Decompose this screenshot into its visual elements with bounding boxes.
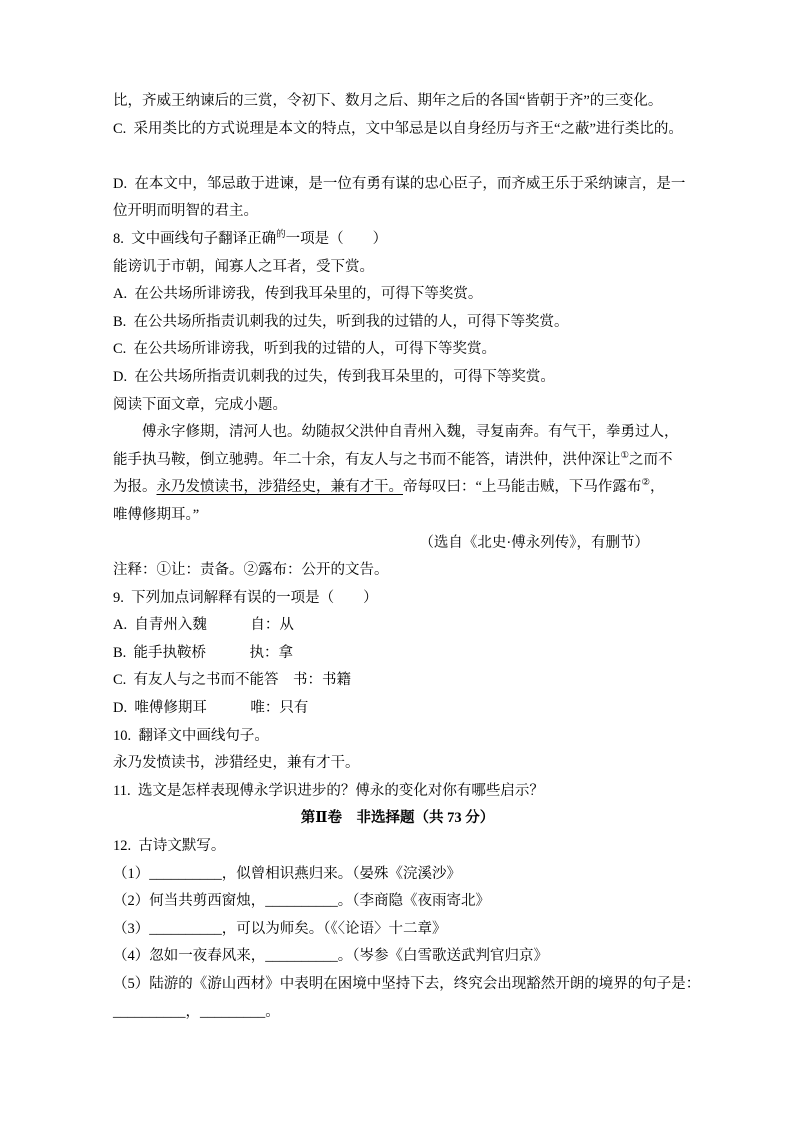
text-segment: 第Ⅱ卷 非选择题（共 73 分）: [301, 810, 494, 826]
q12-item-3: （3）__________，可以为师矣。（《〈论语〉十二章》: [113, 916, 682, 944]
question-10-stem: 10. 翻译文中画线句子。: [113, 723, 682, 751]
text-segment: A. 在公共场所诽谤我，传到我耳朵里的，可得下等奖赏。: [113, 286, 482, 302]
text-segment: 位开明而明智的君主。: [113, 203, 258, 219]
text-segment: 10. 翻译文中画线句子。: [113, 728, 269, 744]
text-segment: （1）__________，似曾相识燕归来。（晏殊《浣溪沙》: [113, 866, 461, 882]
option-b-continuation-line: 比，齐威王纳谏后的三赏，令初下、数月之后、期年之后的各国“皆朝于齐”的三变化。: [113, 88, 682, 116]
exam-page: 比，齐威王纳谏后的三赏，令初下、数月之后、期年之后的各国“皆朝于齐”的三变化。C…: [0, 0, 794, 1123]
passage-line-2: 能手执马鞍，倒立驰骋。年二十余，有友人与之书而不能答，请洪仲，洪仲深让①之而不: [113, 447, 682, 475]
question-12-stem: 12. 古诗文默写。: [113, 833, 682, 861]
text-segment: 9. 下列加点词解释有误的一项是（ ）: [113, 590, 378, 606]
blank-line: [113, 143, 682, 171]
text-segment: 注释：①让：责备。②露布：公开的文告。: [113, 562, 389, 578]
reading-instruction: 阅读下面文章，完成小题。: [113, 392, 682, 420]
q10-target-sentence: 永乃发愤读书，涉猎经史，兼有才干。: [113, 750, 682, 778]
q8-source-sentence: 能谤讥于市朝，闻寡人之耳者，受下赏。: [113, 254, 682, 282]
text-segment: D. 在本文中，邹忌敢于进谏，是一位有勇有谋的忠心臣子，而齐威王乐于采纳谏言，是…: [113, 176, 685, 192]
question-8-stem: 8. 文中画线句子翻译正确的一项是（ ）: [113, 226, 682, 254]
text-segment: 阅读下面文章，完成小题。: [113, 397, 287, 413]
text-segment: （3）__________，可以为师矣。（《〈论语〉十二章》: [113, 921, 447, 937]
text-segment: B. 能手执鞍桥 执：拿: [113, 645, 293, 661]
text-segment: 12. 古诗文默写。: [113, 838, 225, 854]
q8-option-c: C. 在公共场所诽谤我，听到我的过错的人，可得下等奖赏。: [113, 336, 682, 364]
option-d-line-1: D. 在本文中，邹忌敢于进谏，是一位有勇有谋的忠心臣子，而齐威王乐于采纳谏言，是…: [113, 171, 682, 199]
text-segment: C. 在公共场所诽谤我，听到我的过错的人，可得下等奖赏。: [113, 341, 496, 357]
text-segment: 能手执马鞍，倒立驰骋。年二十余，有友人与之书而不能答，请洪仲，洪仲深让: [113, 452, 621, 468]
text-segment: （4）忽如一夜春风来，__________。（岑参《白雪歌送武判官归京》: [113, 948, 548, 964]
text-segment: D. 在公共场所指责讥刺我的过失，传到我耳朵里的，可得下等奖赏。: [113, 369, 555, 385]
note-ref-2: ②: [641, 478, 650, 488]
q9-option-c: C. 有友人与之书而不能答 书：书籍: [113, 667, 682, 695]
question-9-stem: 9. 下列加点词解释有误的一项是（ ）: [113, 585, 682, 613]
text-segment: （选自《北史·傅永列传》，有删节）: [419, 535, 649, 551]
q12-item-5: （5）陆游的《游山西材》中表明在困境中坚持下去，终究会出现豁然开朗的境界的句子是…: [113, 971, 682, 999]
text-segment: ，: [650, 479, 665, 495]
passage-notes: 注释：①让：责备。②露布：公开的文告。: [113, 557, 682, 585]
text-segment: C. 采用类比的方式说理是本文的特点，文中邹忌是以自身经历与齐王“之蔽”进行类比…: [113, 121, 683, 137]
q9-option-d: D. 唯傅修期耳 唯：只有: [113, 695, 682, 723]
q12-item-4: （4）忽如一夜春风来，__________。（岑参《白雪歌送武判官归京》: [113, 943, 682, 971]
q12-item-5-blanks: __________，_________。: [113, 999, 682, 1027]
passage-line-4: 唯傅修期耳。”: [113, 502, 682, 530]
passage-line-1: 傅永字修期，清河人也。幼随叔父洪仲自青州入魏，寻复南奔。有气干，拳勇过人，: [113, 419, 682, 447]
q8-option-d: D. 在公共场所指责讥刺我的过失，传到我耳朵里的，可得下等奖赏。: [113, 364, 682, 392]
text-segment: 唯傅修期耳。”: [113, 507, 199, 523]
text-segment: 比，齐威王纳谏后的三赏，令初下、数月之后、期年之后的各国“皆朝于齐”的三变化。: [113, 93, 662, 109]
option-d-line-2: 位开明而明智的君主。: [113, 198, 682, 226]
passage-source: （选自《北史·傅永列传》，有删节）: [113, 530, 682, 558]
q9-option-a: A. 自青州入魏 自：从: [113, 612, 682, 640]
underlined-key-sentence: 永乃发愤读书，涉猎经史，兼有才干。: [157, 479, 404, 495]
text-segment: B. 在公共场所指责讥刺我的过失，听到我的过错的人，可得下等奖赏。: [113, 314, 569, 330]
q12-item-2: （2）何当共剪西窗烛，__________。（李商隐《夜雨寄北》: [113, 888, 682, 916]
text-segment: 一项是（ ）: [286, 231, 388, 247]
superscript-de: 的: [276, 230, 286, 240]
passage-line-3: 为报。永乃发愤读书，涉猎经史，兼有才干。帝每叹曰：“上马能击贼，下马作露布②，: [113, 474, 682, 502]
section-2-header: 第Ⅱ卷 非选择题（共 73 分）: [113, 805, 682, 833]
question-11-stem: 11. 选文是怎样表现傅永学识进步的？傅永的变化对你有哪些启示？: [113, 778, 682, 806]
text-segment: A. 自青州入魏 自：从: [113, 617, 294, 633]
text-segment: D. 唯傅修期耳 唯：只有: [113, 700, 308, 716]
option-c-line: C. 采用类比的方式说理是本文的特点，文中邹忌是以自身经历与齐王“之蔽”进行类比…: [113, 116, 682, 144]
text-segment: C. 有友人与之书而不能答 书：书籍: [113, 672, 351, 688]
text-segment: 之而不: [629, 452, 673, 468]
q9-option-b: B. 能手执鞍桥 执：拿: [113, 640, 682, 668]
text-segment: （5）陆游的《游山西材》中表明在困境中坚持下去，终究会出现豁然开朗的境界的句子是…: [113, 976, 700, 992]
text-segment: 帝每叹曰：“上马能击贼，下马作露布: [403, 479, 641, 495]
text-segment: 8. 文中画线句子翻译正确: [113, 231, 276, 247]
q12-item-1: （1）__________，似曾相识燕归来。（晏殊《浣溪沙》: [113, 861, 682, 889]
text-segment: 傅永字修期，清河人也。幼随叔父洪仲自青州入魏，寻复南奔。有气干，拳勇过人，: [113, 424, 679, 440]
text-segment: __________，_________。: [113, 1004, 280, 1020]
text-segment: （2）何当共剪西窗烛，__________。（李商隐《夜雨寄北》: [113, 893, 490, 909]
text-segment: 11. 选文是怎样表现傅永学识进步的？傅永的变化对你有哪些启示？: [113, 783, 544, 799]
q8-option-a: A. 在公共场所诽谤我，传到我耳朵里的，可得下等奖赏。: [113, 281, 682, 309]
text-segment: 永乃发愤读书，涉猎经史，兼有才干。: [113, 755, 360, 771]
q8-option-b: B. 在公共场所指责讥刺我的过失，听到我的过错的人，可得下等奖赏。: [113, 309, 682, 337]
text-segment: 为报。: [113, 479, 157, 495]
note-ref-1: ①: [621, 451, 630, 461]
text-segment: 能谤讥于市朝，闻寡人之耳者，受下赏。: [113, 259, 374, 275]
